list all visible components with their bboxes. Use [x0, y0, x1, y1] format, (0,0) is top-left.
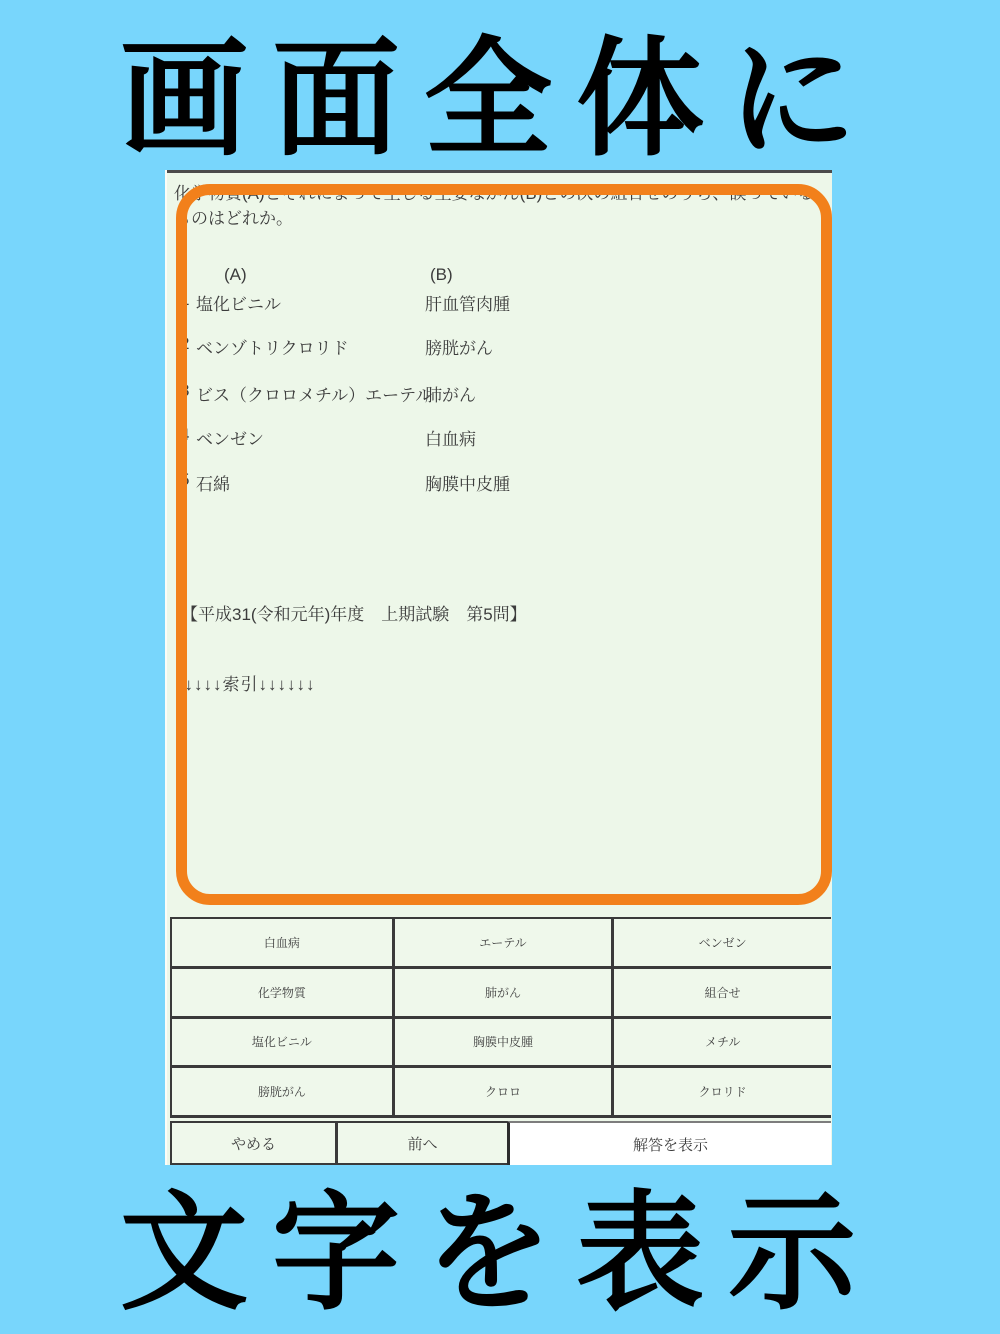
answer-pair-4: 4 ベンゼン 白血病: [167, 425, 832, 449]
keyword-button[interactable]: エーテル: [392, 919, 612, 969]
pair-substance: 石綿: [196, 470, 230, 495]
keyword-button[interactable]: 肺がん: [392, 969, 612, 1019]
show-answer-button[interactable]: 解答を表示: [507, 1121, 831, 1165]
keyword-button[interactable]: ベンゼン: [611, 919, 831, 969]
pair-substance: ベンゼン: [196, 425, 264, 450]
pair-number: 2: [180, 334, 189, 354]
keyword-button[interactable]: 胸膜中皮腫: [392, 1019, 612, 1069]
pair-cancer: 膀胱がん: [425, 334, 493, 359]
pair-substance: ビス（クロロメチル）エーテル: [196, 381, 432, 406]
exam-reference: 【平成31(令和元年)年度 上期試験 第5問】: [181, 600, 527, 625]
answer-pair-2: 2 ベンゾトリクロリド 膀胱がん: [167, 334, 832, 358]
keyword-grid: 白血病 エーテル ベンゼン 化学物質 肺がん 組合せ 塩化ビニル 胸膜中皮腫 メ…: [170, 917, 831, 1118]
quiz-app-screenshot: 化学物質(A)とそれによって生じる主要ながん(B)との次の組合せのうち、誤ってい…: [165, 170, 832, 1165]
bottom-caption: 文字を表示: [0, 1190, 1000, 1318]
pair-cancer: 白血病: [425, 425, 476, 450]
pair-substance: 塩化ビニル: [196, 290, 281, 315]
action-bar: やめる 前へ 解答を表示: [170, 1121, 831, 1165]
pair-cancer: 肺がん: [425, 381, 476, 406]
column-b-header: (B): [430, 265, 453, 285]
keyword-button[interactable]: メチル: [611, 1019, 831, 1069]
pair-cancer: 胸膜中皮腫: [425, 470, 510, 495]
answer-pair-3: 3 ビス（クロロメチル）エーテル 肺がん: [167, 381, 832, 405]
pair-number: 1: [180, 290, 189, 310]
question-text: 化学物質(A)とそれによって生じる主要ながん(B)との次の組合せのうち、誤ってい…: [174, 182, 830, 231]
pair-substance: ベンゾトリクロリド: [196, 334, 349, 359]
pair-cancer: 肝血管肉腫: [425, 290, 510, 315]
pair-number: 3: [180, 381, 189, 401]
previous-button[interactable]: 前へ: [338, 1121, 507, 1165]
answer-pair-5: 5 石綿 胸膜中皮腫: [167, 470, 832, 494]
keyword-button[interactable]: 組合せ: [611, 969, 831, 1019]
top-caption: 画面全体に: [0, 36, 1000, 164]
quit-button[interactable]: やめる: [170, 1121, 338, 1165]
keyword-button[interactable]: 化学物質: [172, 969, 392, 1019]
keyword-button[interactable]: 塩化ビニル: [172, 1019, 392, 1069]
column-a-header: (A): [224, 265, 247, 285]
keyword-button[interactable]: 膀胱がん: [172, 1068, 392, 1118]
answer-pair-1: 1 塩化ビニル 肝血管肉腫: [167, 290, 832, 314]
keyword-button[interactable]: クロリド: [611, 1068, 831, 1118]
pair-number: 5: [180, 470, 189, 490]
keyword-button[interactable]: クロロ: [392, 1068, 612, 1118]
pair-number: 4: [180, 425, 189, 445]
index-marker: ↓↓↓↓↓索引↓↓↓↓↓↓: [175, 670, 316, 695]
screenshot-top-divider: [167, 170, 832, 173]
keyword-button[interactable]: 白血病: [172, 919, 392, 969]
